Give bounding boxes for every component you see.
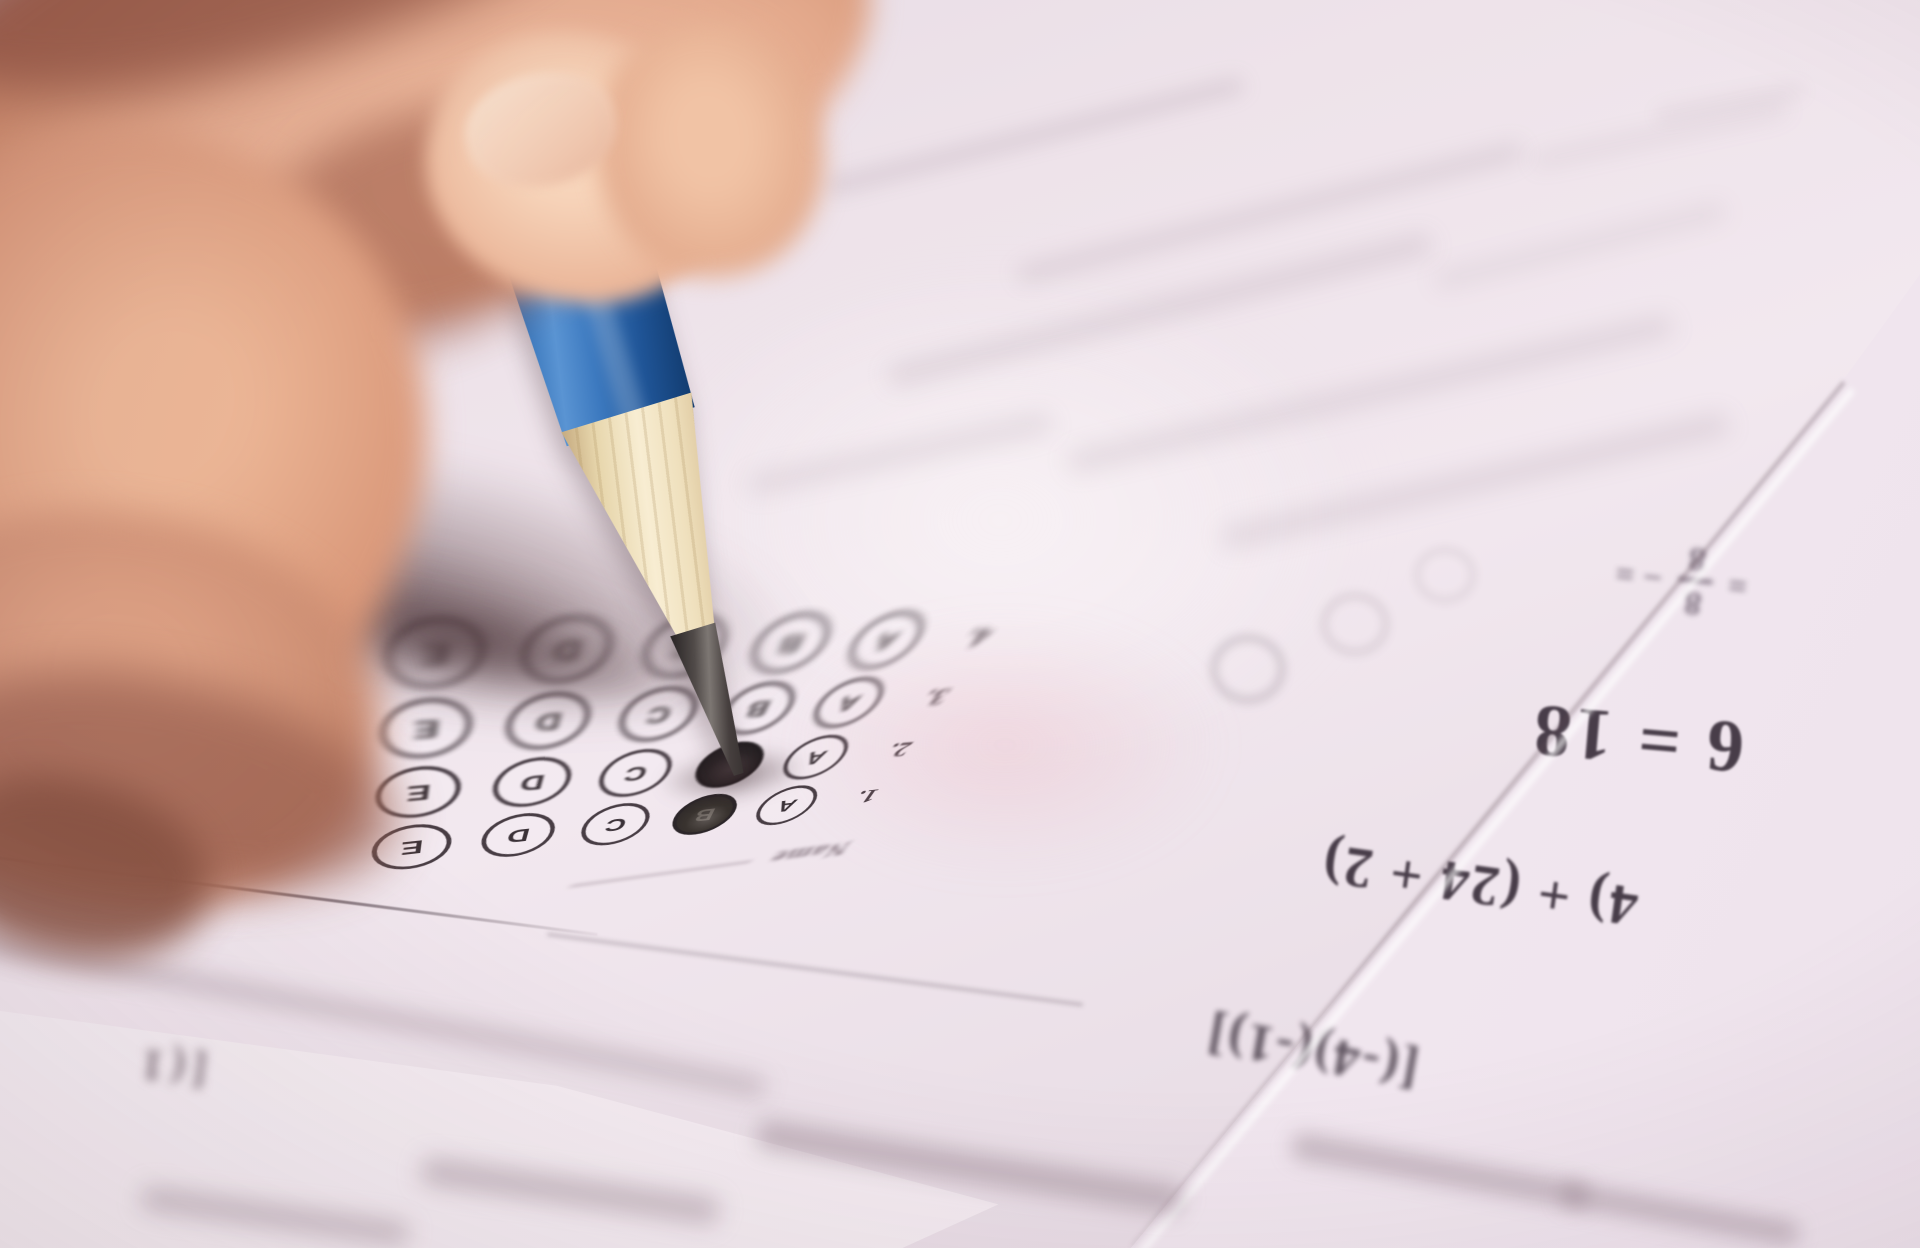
bubble-letter: E (405, 779, 432, 806)
bubble-letter: D (518, 769, 548, 795)
photo-scene: Name 1.ABCDE2.ABCDE3.ABCDE4.ABCDE 6 = 18… (0, 0, 1920, 1248)
name-label: Name (764, 837, 856, 870)
blurred-print-row (824, 76, 1245, 196)
blurred-bubble (1415, 548, 1475, 602)
fraction-equals-left: = (1726, 565, 1749, 605)
printed-rule-line-faint (547, 933, 1083, 1006)
blurred-print-row (1016, 141, 1525, 284)
bubble-letter: D (505, 824, 533, 847)
bubble-letter: B (691, 804, 720, 826)
blurred-print-row (1433, 202, 1728, 290)
answer-bubble-1-C: C (575, 800, 658, 849)
answer-bubble-1-D: D (477, 810, 561, 861)
bubble-letter: E (400, 835, 425, 859)
fraction-equals-right: − = (1613, 553, 1664, 596)
underlying-sheet-fragment: [(1 (132, 1038, 210, 1099)
bubble-letter: A (772, 795, 801, 816)
blurred-bubble (1212, 636, 1284, 702)
name-underline (570, 861, 752, 888)
pencil-graphite-tip (666, 621, 764, 783)
bubble-letter: C (602, 813, 630, 836)
blurred-bubble (1322, 594, 1388, 654)
skin-reflection-glow (790, 620, 1220, 870)
answer-bubble-2-D: D (488, 754, 578, 810)
